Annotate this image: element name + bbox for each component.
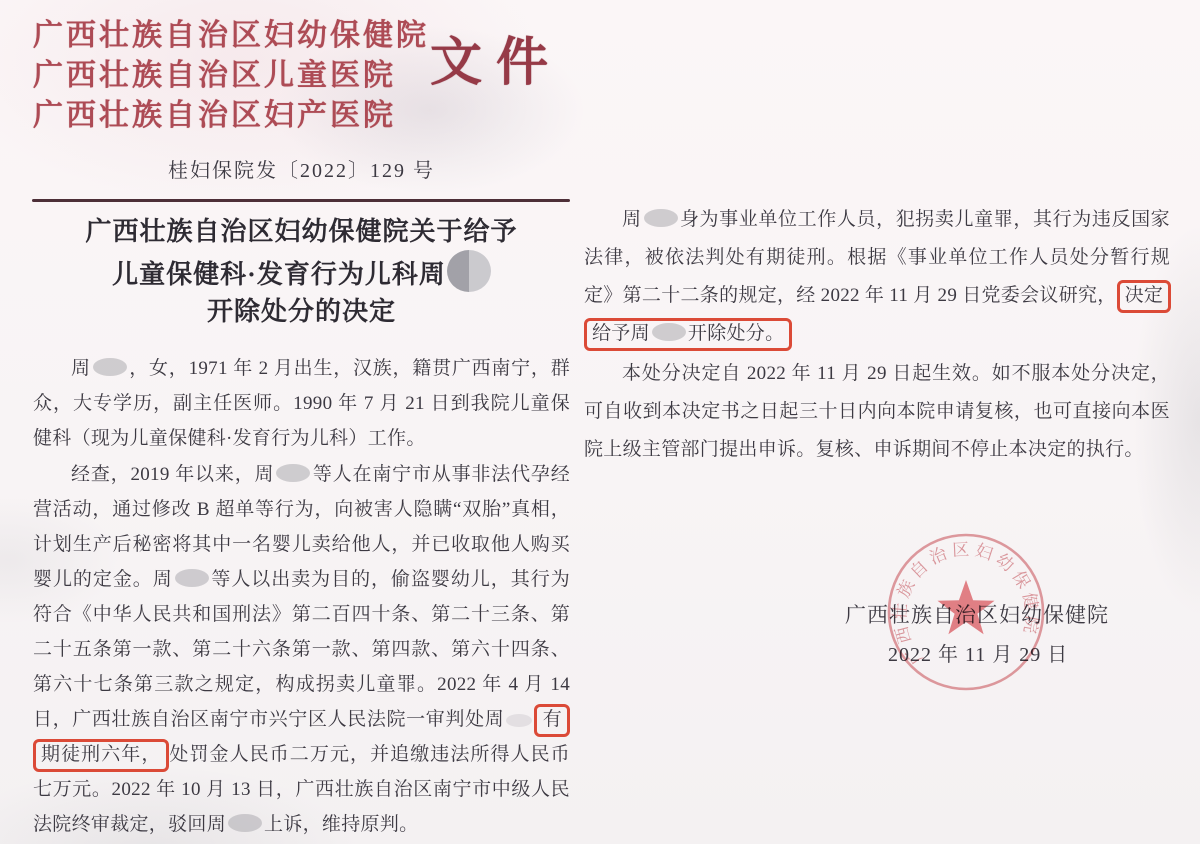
privacy-redaction [228, 814, 262, 832]
title-line-1: 广西壮族自治区妇幼保健院关于给予 [85, 217, 517, 246]
document-type-label: 文件 [430, 34, 562, 94]
paragraph-findings: 经查，2019 年以来，周等人在南宁市从事非法代孕经营活动，通过修改 B 超单等… [33, 457, 570, 842]
privacy-redaction [276, 464, 310, 482]
star-icon [938, 580, 995, 634]
privacy-redaction [652, 323, 686, 341]
left-column-body: 周，女，1971 年 2 月出生，汉族，籍贯广西南宁，群众，大专学历，副主任医师… [33, 351, 570, 842]
document-number: 桂妇保院发〔2022〕129 号 [33, 154, 570, 183]
text-segment: 等人以出卖为目的，偷盗婴幼儿，其行为符合《中华人民共和国刑法》第二百四十条、第二… [33, 569, 570, 730]
red-separator-line [32, 199, 570, 202]
paragraph-effective-appeal: 本处分决定自 2022 年 11 月 29 日起生效。如不服本处分决定，可自收到… [584, 355, 1170, 469]
text-segment: 周 [622, 209, 642, 230]
paragraph-bio: 周，女，1971 年 2 月出生，汉族，籍贯广西南宁，群众，大专学历，副主任医师… [33, 351, 570, 456]
highlighted-text: 开除处分。 [688, 323, 785, 344]
text-segment: 上诉，维持原判。 [264, 814, 418, 835]
document-title: 广西壮族自治区妇幼保健院关于给予 儿童保健科·发育行为儿科周 开除处分的决定 [33, 213, 570, 330]
scanned-document-page: 广西壮族自治区妇幼保健院 广西壮族自治区儿童医院 广西壮族自治区妇产医院 文件 … [0, 0, 1200, 844]
title-line-3: 开除处分的决定 [207, 297, 396, 326]
privacy-redaction [506, 714, 532, 727]
privacy-redaction [447, 250, 491, 292]
paragraph-decision: 周身为事业单位工作人员，犯拐卖儿童罪，其行为违反国家法律，被依法判处有期徒刑。根… [584, 201, 1170, 353]
privacy-redaction [175, 569, 209, 587]
privacy-redaction [93, 358, 127, 376]
official-seal: 广西壮族自治区妇幼保健院 [876, 522, 1056, 702]
org-name-line-3: 广西壮族自治区妇产医院 [33, 96, 570, 136]
title-line-2: 儿童保健科·发育行为儿科周 [112, 260, 446, 289]
text-segment: 周 [71, 358, 91, 379]
text-segment: 经查，2019 年以来，周 [71, 464, 274, 485]
right-column-body: 周身为事业单位工作人员，犯拐卖儿童罪，其行为违反国家法律，被依法判处有期徒刑。根… [584, 201, 1170, 469]
privacy-redaction [644, 209, 678, 227]
